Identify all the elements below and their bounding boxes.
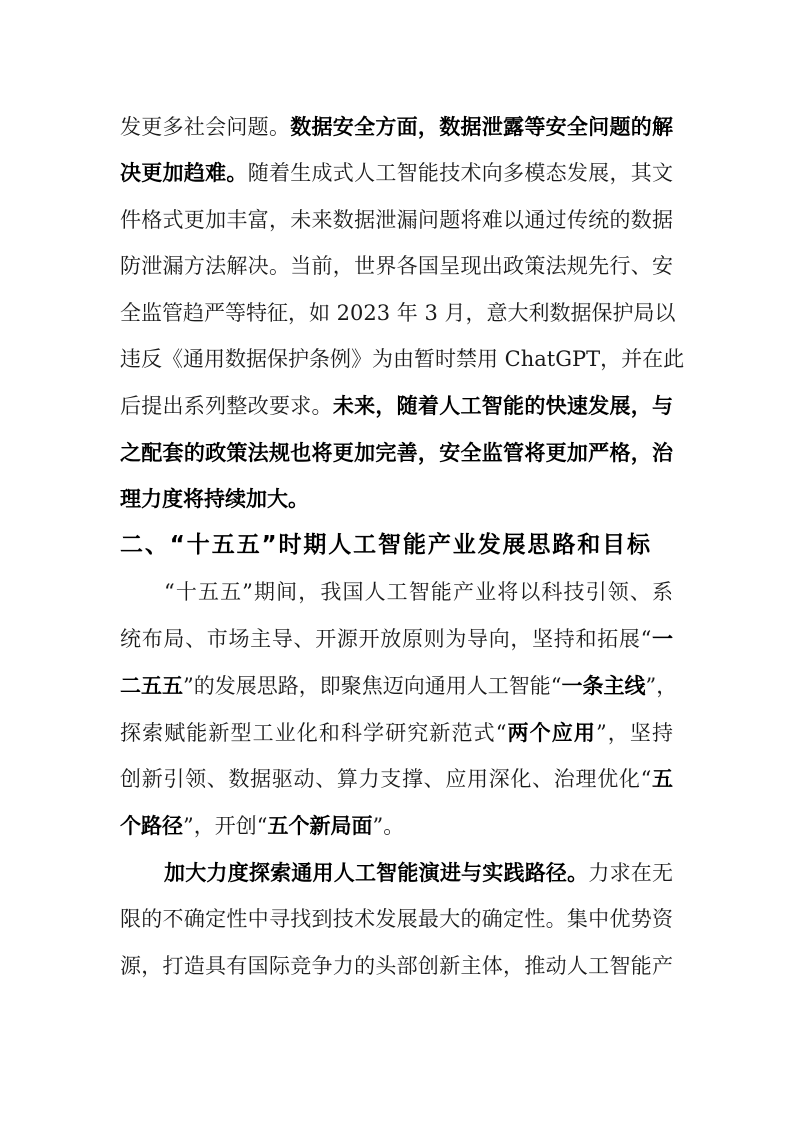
text-line: 源，打造具有国际竞争力的头部创新主体，推动人工智能产 bbox=[120, 951, 673, 981]
section-heading: 二、“十五五”时期人工智能产业发展思路和目标 bbox=[120, 528, 650, 562]
bold-text: 理力度将持续加大。 bbox=[120, 487, 309, 511]
bold-text: 一 bbox=[651, 627, 673, 651]
text-run: 全监管趋严等特征，如 2023 年 3 月，意大利数据保护局以 bbox=[120, 301, 676, 325]
text-line: 件格式更加丰富，未来数据泄漏问题将难以通过传统的数据 bbox=[120, 205, 673, 235]
bold-text: 五 bbox=[651, 767, 673, 791]
text-run: 探索赋能新型工业化和科学研究新范式“ bbox=[120, 721, 506, 745]
text-run: “十五五”期间，我国人工智能产业将以科技引领、系 bbox=[164, 580, 673, 604]
text-line: 违反《通用数据保护条例》为由暂时禁用 ChatGPT，并在此 bbox=[120, 344, 673, 374]
text-line: 决更加趋难。随着生成式人工智能技术向多模态发展，其文 bbox=[120, 158, 673, 188]
text-run: ”。 bbox=[372, 814, 404, 838]
bold-text: 五个新局面 bbox=[267, 814, 372, 838]
text-run: ”， bbox=[645, 674, 677, 698]
bold-text: 一条主线 bbox=[561, 674, 645, 698]
text-run: 违反《通用数据保护条例》为由暂时禁用 ChatGPT，并在此 bbox=[120, 347, 684, 371]
text-line: 理力度将持续加大。 bbox=[120, 484, 673, 514]
text-line: 创新引领、数据驱动、算力支撑、应用深化、治理优化“五 bbox=[120, 764, 673, 794]
text-line: 统布局、市场主导、开源开放原则为导向，坚持和拓展“一 bbox=[120, 624, 673, 654]
text-run: 力求在无 bbox=[588, 861, 673, 885]
text-line: 发更多社会问题。数据安全方面，数据泄露等安全问题的解 bbox=[120, 112, 673, 142]
text-run: 源，打造具有国际竞争力的头部创新主体，推动人工智能产 bbox=[120, 954, 673, 978]
bold-text: 个路径 bbox=[120, 814, 183, 838]
text-run: ”，开创“ bbox=[183, 814, 267, 838]
text-line: 防泄漏方法解决。当前，世界各国呈现出政策法规先行、安 bbox=[120, 251, 673, 281]
text-line: 个路径”，开创“五个新局面”。 bbox=[120, 811, 673, 841]
text-run: 创新引领、数据驱动、算力支撑、应用深化、治理优化“ bbox=[120, 767, 651, 791]
bold-text: 之配套的政策法规也将更加完善，安全监管将更加严格，治 bbox=[120, 441, 673, 465]
text-run: 防泄漏方法解决。当前，世界各国呈现出政策法规先行、安 bbox=[120, 254, 673, 278]
text-run: 发更多社会问题。 bbox=[120, 115, 290, 139]
bold-text: 加大力度探索通用人工智能演进与实践路径。 bbox=[164, 861, 588, 885]
text-run: ”的发展思路，即聚焦迈向通用人工智能“ bbox=[183, 674, 561, 698]
bold-text: 决更加趋难。 bbox=[120, 161, 248, 185]
text-line: 后提出系列整改要求。未来，随着人工智能的快速发展，与 bbox=[120, 391, 673, 421]
text-run: ”，坚持 bbox=[596, 721, 673, 745]
text-run: 随着生成式人工智能技术向多模态发展，其文 bbox=[248, 161, 673, 185]
bold-text: 数据安全方面，数据泄露等安全问题的解 bbox=[290, 115, 673, 139]
text-run: 限的不确定性中寻找到技术发展最大的确定性。集中优势资 bbox=[120, 907, 673, 931]
text-run: 统布局、市场主导、开源开放原则为导向，坚持和拓展“ bbox=[120, 627, 651, 651]
text-line: “十五五”期间，我国人工智能产业将以科技引领、系 bbox=[120, 577, 673, 607]
text-line: 全监管趋严等特征，如 2023 年 3 月，意大利数据保护局以 bbox=[120, 298, 673, 328]
text-run: 后提出系列整改要求。 bbox=[120, 394, 333, 418]
bold-text: 二五五 bbox=[120, 674, 183, 698]
text-run: 件格式更加丰富，未来数据泄漏问题将难以通过传统的数据 bbox=[120, 208, 673, 232]
text-line: 限的不确定性中寻找到技术发展最大的确定性。集中优势资 bbox=[120, 904, 673, 934]
bold-text: 两个应用 bbox=[506, 721, 596, 745]
text-line: 探索赋能新型工业化和科学研究新范式“两个应用”，坚持 bbox=[120, 718, 673, 748]
text-line: 加大力度探索通用人工智能演进与实践路径。力求在无 bbox=[120, 858, 673, 888]
text-line: 之配套的政策法规也将更加完善，安全监管将更加严格，治 bbox=[120, 438, 673, 468]
document-page: 发更多社会问题。数据安全方面，数据泄露等安全问题的解决更加趋难。随着生成式人工智… bbox=[0, 0, 794, 1123]
text-line: 二五五”的发展思路，即聚焦迈向通用人工智能“一条主线”， bbox=[120, 671, 673, 701]
bold-text: 未来，随着人工智能的快速发展，与 bbox=[333, 394, 673, 418]
